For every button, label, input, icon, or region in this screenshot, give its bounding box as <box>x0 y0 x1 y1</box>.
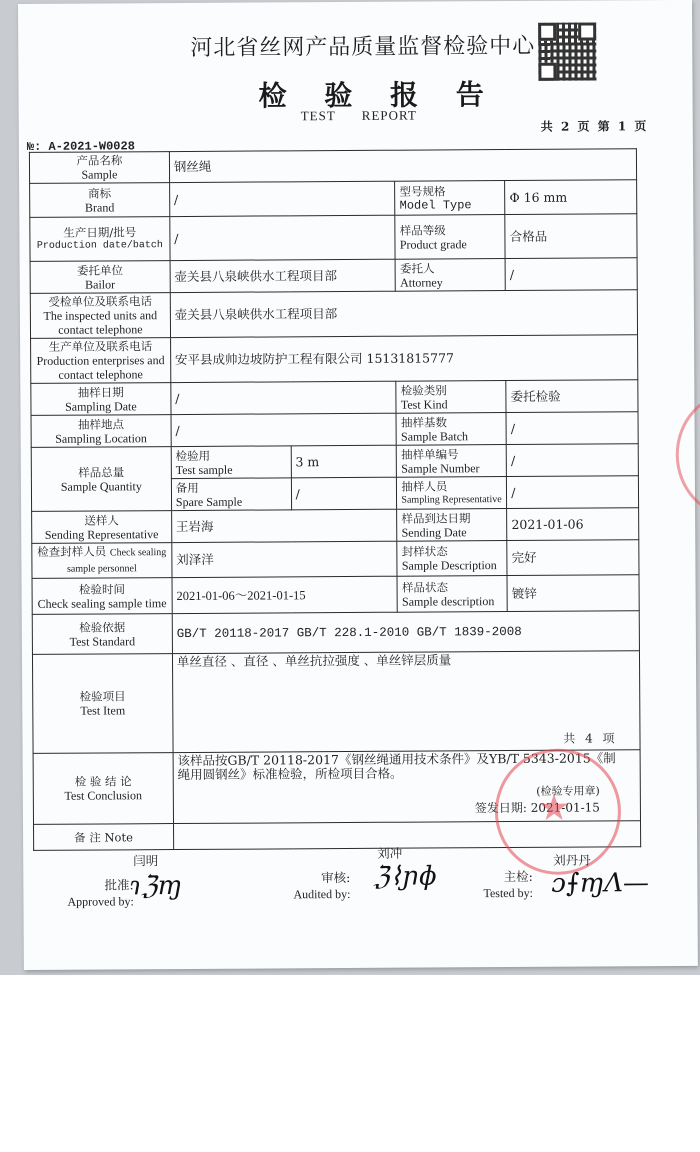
row-sampling-location: 抽样地点Sampling Location / 抽样基数Sample Batch… <box>31 412 638 448</box>
label-sampling-location: 抽样地点Sampling Location <box>31 415 171 448</box>
approved-signature-icon: ɿℨɱ <box>129 871 182 901</box>
label-sealing-state: 封样状态Sample Description <box>397 541 507 577</box>
label-test-standard: 检验依据Test Standard <box>32 614 172 655</box>
row-sampling-date: 抽样日期Sampling Date / 检验类别Test Kind 委托检验 <box>31 380 638 416</box>
audited-signature-icon: ℨ⌇ɲɸ <box>373 861 437 891</box>
row-check-time: 检验时间Check sealing sample time 2021-01-06… <box>32 575 639 615</box>
label-sending-date: 样品到达日期Sending Date <box>397 509 507 542</box>
label-brand: 商标Brand <box>30 183 170 218</box>
value-test-sample: 3 m <box>291 445 397 478</box>
label-sample: 产品名称Sample <box>29 152 169 184</box>
row-test-sample: 样品总量Sample Quantity 检验用Test sample 3 m 抽… <box>31 444 638 480</box>
value-sampling-location: / <box>171 413 397 446</box>
row-sending-rep: 送样人Sending Representative 王岩海 样品到达日期Send… <box>32 508 639 544</box>
label-sample-batch: 抽样基数Sample Batch <box>396 413 506 446</box>
value-test-standard: GB/T 20118-2017 GB/T 228.1-2010 GB/T 183… <box>172 611 639 654</box>
approved-name: 闫明 <box>133 851 158 869</box>
label-sending-rep: 送样人Sending Representative <box>32 511 172 544</box>
label-sampling-date: 抽样日期Sampling Date <box>31 383 171 416</box>
value-sealing-state: 完好 <box>507 540 639 576</box>
page-count: 共 2 页 第 1 页 <box>541 117 649 135</box>
row-test-standard: 检验依据Test Standard GB/T 20118-2017 GB/T 2… <box>32 611 639 655</box>
organization-name: 河北省丝网产品质量监督检验中心 <box>190 29 535 62</box>
qr-finder-icon <box>538 63 556 81</box>
value-test-kind: 委托检验 <box>506 380 638 413</box>
audited-name: 刘冲 <box>377 844 402 862</box>
row-production-date: 生产日期/批号Production date/batch / 样品等级Produ… <box>30 214 637 262</box>
label-check-sealing-person: 检查封样人员 Check sealing sample personnel <box>32 543 172 579</box>
row-check-sealing-person: 检查封样人员 Check sealing sample personnel 刘泽… <box>32 540 639 579</box>
label-attorney: 委托人Attorney <box>395 259 505 292</box>
tested-by: 主检: Tested by: <box>483 867 533 901</box>
value-spare-sample: / <box>291 477 397 510</box>
qr-finder-icon <box>578 22 596 40</box>
test-items-text: 单丝直径 、直径 、单丝抗拉强度 、单丝锌层质量 <box>177 652 635 669</box>
label-test-sample: 检验用Test sample <box>171 446 291 479</box>
report-subtitle: TEST REPORT <box>301 108 417 125</box>
row-sample: 产品名称Sample 钢丝绳 <box>29 149 636 184</box>
label-product-grade: 样品等级Product grade <box>395 215 505 260</box>
label-sample-number: 抽样单编号Sample Number <box>397 445 507 478</box>
qr-code-icon <box>538 22 596 80</box>
edge-seal-icon <box>675 391 700 518</box>
row-inspected-units: 受检单位及联系电话The inspected units and contact… <box>30 290 637 339</box>
value-sample-batch: / <box>506 412 638 445</box>
label-sample-state: 样品状态Sample description <box>397 576 507 613</box>
label-test-item: 检验项目Test Item <box>32 654 172 754</box>
row-bailor: 委托单位Bailor 壶关县八泉峡供水工程项目部 委托人Attorney / <box>30 258 637 294</box>
report-page: 河北省丝网产品质量监督检验中心 检 验 报 告 TEST REPORT 共 2 … <box>18 0 698 970</box>
value-sample: 钢丝绳 <box>169 149 636 183</box>
label-check-time: 检验时间Check sealing sample time <box>32 578 172 615</box>
value-sampling-rep: / <box>507 476 639 509</box>
value-production-enterprises: 安平县成帅边坡防护工程有限公司 15131815777 <box>170 335 637 383</box>
row-production-enterprises: 生产单位及联系电话Production enterprises and cont… <box>31 335 638 384</box>
value-sample-number: / <box>506 444 638 477</box>
label-sampling-rep: 抽样人员Sampling Representative <box>397 477 507 510</box>
label-spare-sample: 备用Spare Sample <box>171 478 291 511</box>
value-sending-date: 2021-01-06 <box>507 508 639 541</box>
value-model-type: Φ 16 mm <box>505 180 637 215</box>
label-bailor: 委托单位Bailor <box>30 261 170 294</box>
value-inspected-units: 壶关县八泉峡供水工程项目部 <box>170 290 637 338</box>
label-sample-quantity: 样品总量Sample Quantity <box>31 447 171 512</box>
value-test-item: 单丝直径 、直径 、单丝抗拉强度 、单丝锌层质量 共 4 项 <box>172 651 640 753</box>
test-items-count: 共 4 项 <box>563 731 617 745</box>
star-icon: ★ <box>538 788 571 829</box>
tested-signature-icon: ɔ⨍ɱɅ— <box>551 868 649 899</box>
value-check-sealing-person: 刘泽洋 <box>172 541 398 577</box>
row-test-item: 检验项目Test Item 单丝直径 、直径 、单丝抗拉强度 、单丝锌层质量 共… <box>32 651 640 754</box>
label-inspected-units: 受检单位及联系电话The inspected units and contact… <box>30 293 170 339</box>
audited-by: 审核: Audited by: <box>293 868 350 902</box>
value-sending-rep: 王岩海 <box>171 509 397 542</box>
value-product-grade: 合格品 <box>505 214 637 259</box>
label-production-date: 生产日期/批号Production date/batch <box>30 217 170 262</box>
label-note: 备 注 Note <box>34 824 174 851</box>
label-test-conclusion: 检 验 结 论Test Conclusion <box>33 753 173 825</box>
value-production-date: / <box>170 215 396 260</box>
value-check-time: 2021-01-06～2021-01-15 <box>172 576 398 613</box>
value-sample-state: 镀锌 <box>507 575 639 612</box>
label-test-kind: 检验类别Test Kind <box>396 381 506 414</box>
value-sampling-date: / <box>171 381 397 414</box>
qr-finder-icon <box>538 23 556 41</box>
value-attorney: / <box>505 258 637 291</box>
label-model-type: 型号规格Model Type <box>395 181 505 216</box>
row-brand: 商标Brand / 型号规格Model Type Φ 16 mm <box>30 180 637 218</box>
approved-by: 批准: Approved by: <box>67 875 134 909</box>
tested-name: 刘丹丹 <box>553 851 591 869</box>
value-brand: / <box>169 181 395 216</box>
label-production-enterprises: 生产单位及联系电话Production enterprises and cont… <box>31 338 171 384</box>
value-bailor: 壶关县八泉峡供水工程项目部 <box>170 259 396 292</box>
report-form: 产品名称Sample 钢丝绳 商标Brand / 型号规格Model Type … <box>29 148 641 851</box>
